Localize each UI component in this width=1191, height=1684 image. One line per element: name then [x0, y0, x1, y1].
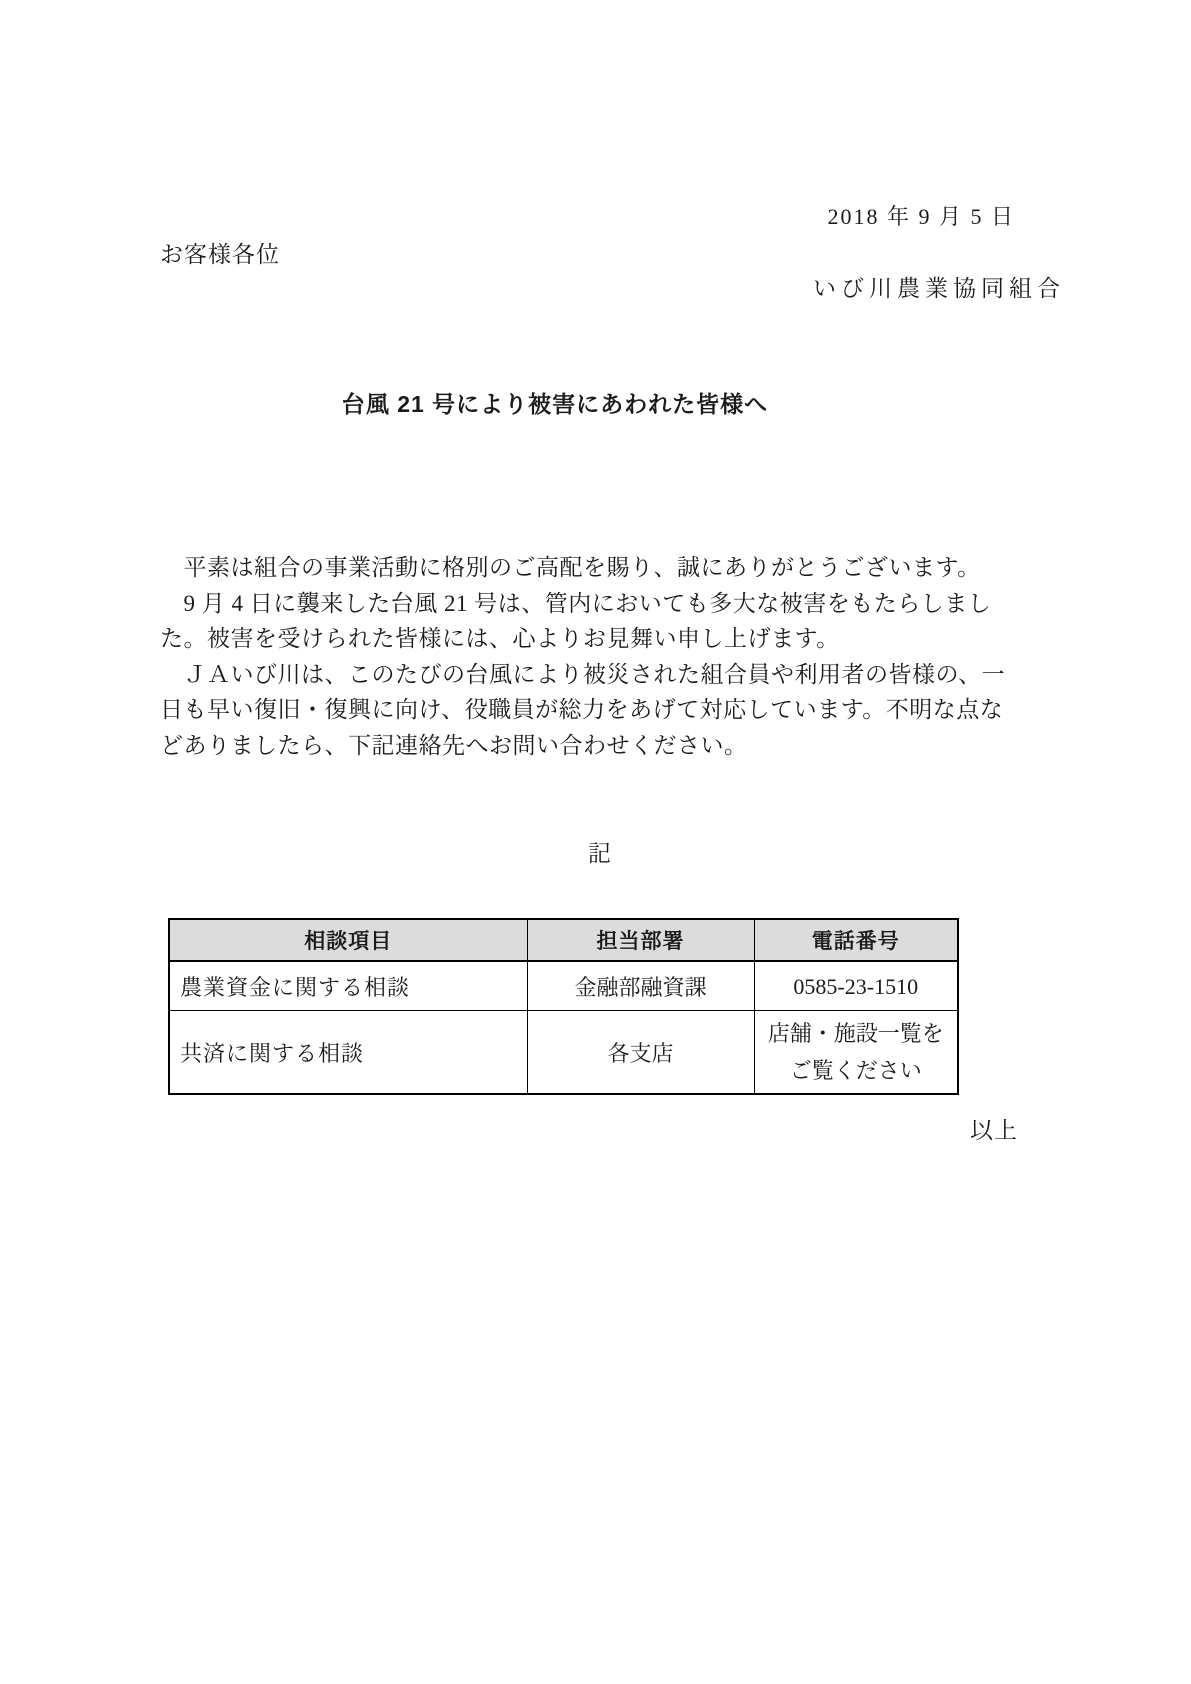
body-text: 平素は組合の事業活動に格別のご高配を賜り、誠にありがとうございます。 9 月 4… — [160, 550, 1044, 763]
cell-department: 各支店 — [527, 1011, 754, 1095]
body-line: た。被害を受けられた皆様には、心よりお見舞い申し上げます。 — [160, 621, 1044, 657]
body-line: どありましたら、下記連絡先へお問い合わせください。 — [160, 728, 1044, 764]
header-department: 担当部署 — [527, 919, 754, 961]
closing-marker: 以上 — [970, 1112, 1018, 1145]
body-line: ＪＡいび川は、このたびの台風により被災された組合員や利用者の皆様の、一 — [160, 657, 1044, 693]
cell-consultation-item: 農業資金に関する相談 — [169, 961, 527, 1011]
contact-table: 相談項目 担当部署 電話番号 農業資金に関する相談 金融部融資課 0585-23… — [168, 918, 959, 1095]
table-row: 共済に関する相談 各支店 店舗・施設一覧を ご覧ください — [169, 1011, 958, 1095]
document-date: 2018 年 9 月 5 日 — [827, 200, 1015, 231]
body-line: 日も早い復旧・復興に向け、役職員が総力をあげて対応しています。不明な点な — [160, 692, 1044, 728]
cell-department: 金融部融資課 — [527, 961, 754, 1011]
table-row: 農業資金に関する相談 金融部融資課 0585-23-1510 — [169, 961, 958, 1011]
document-title: 台風 21 号により被害にあわれた皆様へ — [0, 386, 1110, 419]
header-phone-number: 電話番号 — [754, 919, 958, 961]
cell-consultation-item: 共済に関する相談 — [169, 1011, 527, 1095]
table-header-row: 相談項目 担当部署 電話番号 — [169, 919, 958, 961]
sender-organization: いび川農業協同組合 — [813, 270, 1065, 303]
recipient: お客様各位 — [160, 236, 280, 269]
cell-phone-number: 店舗・施設一覧を ご覧ください — [754, 1011, 958, 1095]
body-line: 平素は組合の事業活動に格別のご高配を賜り、誠にありがとうございます。 — [160, 550, 1044, 586]
header-consultation-item: 相談項目 — [169, 919, 527, 961]
note-marker: 記 — [160, 835, 1039, 868]
letter-page: 2018 年 9 月 5 日 お客様各位 いび川農業協同組合 台風 21 号によ… — [0, 0, 1191, 1684]
cell-phone-number: 0585-23-1510 — [754, 961, 958, 1011]
body-line: 9 月 4 日に襲来した台風 21 号は、管内においても多大な被害をもたらしまし — [160, 586, 1044, 622]
